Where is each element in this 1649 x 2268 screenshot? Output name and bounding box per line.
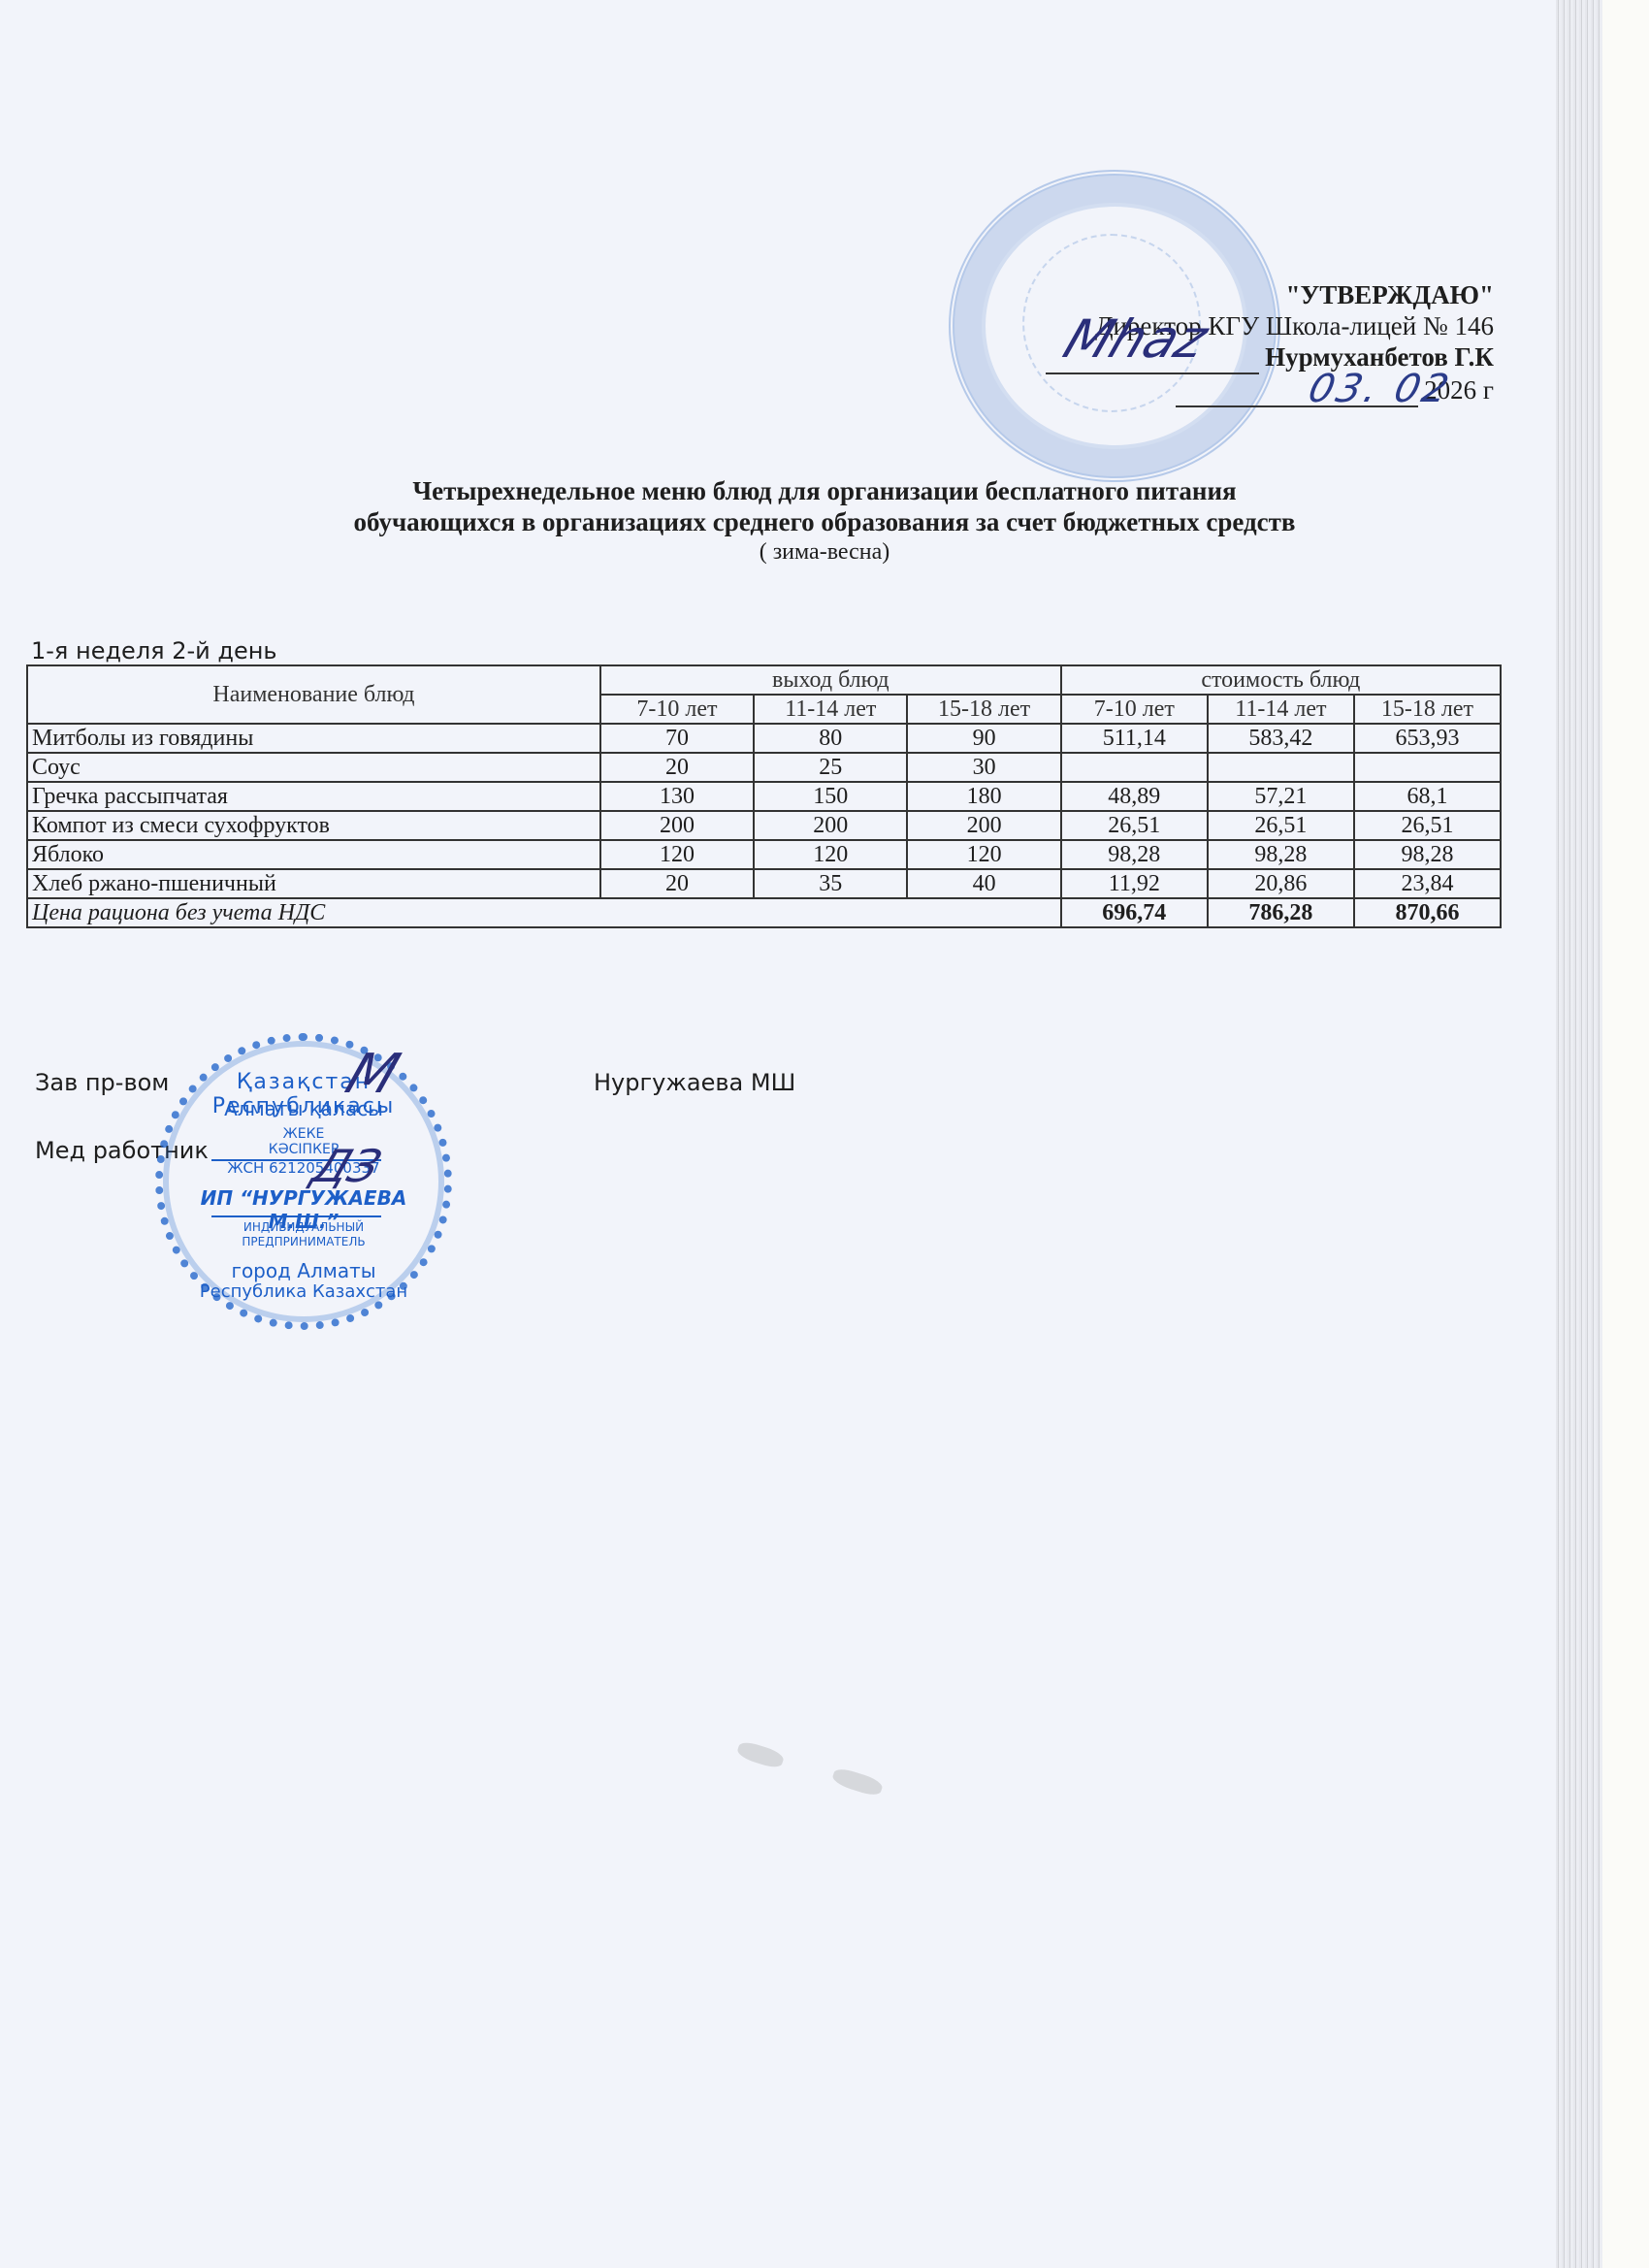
dish-cost: [1061, 753, 1208, 782]
dish-yield: 120: [907, 840, 1060, 869]
dish-yield: 90: [907, 724, 1060, 753]
table-row: Яблоко12012012098,2898,2898,28: [27, 840, 1501, 869]
dish-name: Соус: [27, 753, 600, 782]
header-age: 11-14 лет: [754, 695, 907, 724]
dish-yield: 130: [600, 782, 754, 811]
seal-text: ЖЕКЕ: [163, 1126, 444, 1142]
dish-name: Яблоко: [27, 840, 600, 869]
dish-cost: 68,1: [1354, 782, 1501, 811]
dish-yield: 25: [754, 753, 907, 782]
dish-cost: 98,28: [1208, 840, 1354, 869]
table-row: Компот из смеси сухофруктов20020020026,5…: [27, 811, 1501, 840]
dish-name: Хлеб ржано-пшеничный: [27, 869, 600, 898]
dish-yield: 20: [600, 753, 754, 782]
table-row: Гречка рассыпчатая13015018048,8957,2168,…: [27, 782, 1501, 811]
document-title: Четырехнедельное меню блюд для организац…: [0, 475, 1649, 567]
dish-cost: 11,92: [1061, 869, 1208, 898]
header-age: 15-18 лет: [1354, 695, 1501, 724]
dish-yield: 30: [907, 753, 1060, 782]
handwritten-date: 03. 02: [1304, 367, 1456, 411]
dish-cost: 583,42: [1208, 724, 1354, 753]
menu-table: Наименование блюд выход блюд стоимость б…: [26, 664, 1502, 928]
scanner-edge: [1602, 0, 1649, 2268]
dish-yield: 200: [754, 811, 907, 840]
total-cost: 870,66: [1354, 898, 1501, 927]
director-signature: Mhaz: [1056, 308, 1216, 370]
header-age: 15-18 лет: [907, 695, 1060, 724]
dish-yield: 120: [600, 840, 754, 869]
dish-yield: 200: [907, 811, 1060, 840]
dish-cost: 26,51: [1354, 811, 1501, 840]
total-row: Цена рациона без учета НДС 696,74 786,28…: [27, 898, 1501, 927]
table-row: Митболы из говядины708090511,14583,42653…: [27, 724, 1501, 753]
table-row: Хлеб ржано-пшеничный20354011,9220,8623,8…: [27, 869, 1501, 898]
header-yield: выход блюд: [600, 665, 1061, 695]
dish-cost: 20,86: [1208, 869, 1354, 898]
dish-yield: 180: [907, 782, 1060, 811]
dish-cost: 48,89: [1061, 782, 1208, 811]
dish-cost: 26,51: [1208, 811, 1354, 840]
dish-yield: 200: [600, 811, 754, 840]
title-season: ( зима-весна): [0, 537, 1649, 567]
dish-name: Компот из смеси сухофруктов: [27, 811, 600, 840]
production-manager-label: Зав пр-вом: [35, 1069, 169, 1096]
header-cost: стоимость блюд: [1061, 665, 1501, 695]
seal-id-number: ЖСН 621205400337: [163, 1159, 444, 1177]
dish-yield: 35: [754, 869, 907, 898]
table-row: Соус202530: [27, 753, 1501, 782]
dish-cost: 98,28: [1354, 840, 1501, 869]
header-dish-name: Наименование блюд: [27, 665, 600, 724]
title-line-1: Четырехнедельное меню блюд для организац…: [0, 475, 1649, 506]
approval-heading: "УТВЕРЖДАЮ": [1046, 279, 1494, 310]
dish-yield: 80: [754, 724, 907, 753]
dish-cost: [1208, 753, 1354, 782]
seal-text: Республика Казахстан: [163, 1281, 444, 1302]
dish-cost: 511,14: [1061, 724, 1208, 753]
dish-cost: 57,21: [1208, 782, 1354, 811]
smudge: [735, 1739, 785, 1770]
seal-text: город Алматы: [163, 1259, 444, 1282]
dish-cost: 23,84: [1354, 869, 1501, 898]
dish-cost: 653,93: [1354, 724, 1501, 753]
scanner-artifact-band: [1556, 0, 1602, 2268]
header-age: 7-10 лет: [1061, 695, 1208, 724]
smudge: [830, 1766, 884, 1798]
dish-cost: 26,51: [1061, 811, 1208, 840]
dish-yield: 40: [907, 869, 1060, 898]
seal-text: Алматы қаласы: [163, 1097, 444, 1120]
header-age: 11-14 лет: [1208, 695, 1354, 724]
seal-text: ПРЕДПРИНИМАТЕЛЬ: [163, 1235, 444, 1248]
dish-yield: 150: [754, 782, 907, 811]
dish-name: Митболы из говядины: [27, 724, 600, 753]
dish-yield: 120: [754, 840, 907, 869]
total-label: Цена рациона без учета НДС: [27, 898, 1061, 927]
seal-text: ИНДИВИДУАЛЬНЫЙ: [163, 1220, 444, 1234]
title-line-2: обучающихся в организациях среднего обра…: [0, 506, 1649, 537]
entrepreneur-seal-stamp: Қазақстан Республикасы Алматы қаласы ЖЕК…: [155, 1033, 452, 1330]
header-age: 7-10 лет: [600, 695, 754, 724]
dish-cost: [1354, 753, 1501, 782]
dish-name: Гречка рассыпчатая: [27, 782, 600, 811]
total-cost: 696,74: [1061, 898, 1208, 927]
seal-text: КӘСІПКЕР: [163, 1142, 444, 1157]
total-cost: 786,28: [1208, 898, 1354, 927]
production-manager-name: Нургужаева МШ: [594, 1069, 795, 1096]
dish-yield: 70: [600, 724, 754, 753]
seal-divider: [211, 1215, 381, 1217]
week-day-label: 1-я неделя 2-й день: [31, 637, 277, 664]
dish-yield: 20: [600, 869, 754, 898]
dish-cost: 98,28: [1061, 840, 1208, 869]
